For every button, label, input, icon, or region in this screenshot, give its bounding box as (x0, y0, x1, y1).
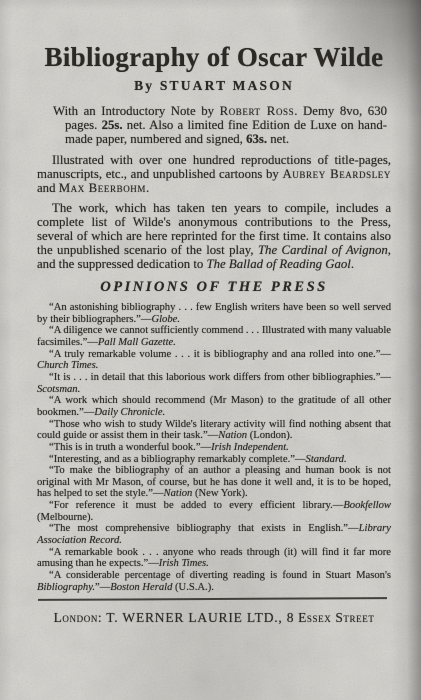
text-segment: “It is . . . in detail that this laborio… (49, 372, 391, 383)
press-quote: “The most comprehensive bibliography tha… (37, 523, 391, 546)
text-segment: The Cardinal of Avignon (258, 243, 388, 257)
page-content: Bibliography of Oscar Wilde By STUART MA… (0, 0, 421, 626)
text-segment: Max Beerbohm (59, 181, 146, 195)
page-title: Bibliography of Oscar Wilde (37, 42, 391, 72)
text-segment: (London). (247, 430, 292, 441)
text-segment: “This is in truth a wonderful book.”— (49, 442, 211, 453)
text-segment: net. (267, 132, 289, 146)
press-quote: “A truly remarkable volume . . . it is b… (37, 349, 391, 372)
text-segment: Bookfellow (343, 500, 391, 511)
press-quote: “An astonishing bibliography . . . few E… (37, 302, 391, 325)
text-segment: Bibliography. (37, 582, 95, 593)
text-segment: T. WERNER LAURIE LTD., (106, 610, 287, 625)
text-segment: “An astonishing bibliography . . . few E… (37, 302, 391, 325)
text-segment: . (146, 181, 149, 195)
work-description: The work, which has taken ten years to c… (37, 202, 391, 272)
press-quote: “A considerable percentage of diverting … (37, 570, 391, 593)
text-segment: Pall Mall Gazette. (98, 337, 176, 348)
text-segment: Nation (218, 430, 247, 441)
text-segment: Church Times. (37, 360, 98, 371)
text-segment: ”— (95, 582, 110, 593)
press-quote: “A work which should recommend (Mr Mason… (37, 395, 391, 418)
text-segment: Irish Times. (159, 558, 209, 569)
publisher-imprint: London: T. WERNER LAURIE LTD., 8 Essex S… (37, 609, 391, 626)
text-segment: Robert Ross (220, 104, 295, 118)
illustration-note: Illustrated with over one hundred reprod… (37, 154, 391, 196)
text-segment: “A considerable percentage of diverting … (49, 570, 391, 581)
press-quote: “Those who wish to study Wilde's literar… (37, 419, 391, 442)
text-segment: “A remarkable book . . . anyone who read… (37, 547, 391, 570)
opinions-heading: OPINIONS OF THE PRESS (37, 279, 391, 296)
text-segment: Scotsman. (37, 384, 80, 395)
imprint-rule (38, 597, 387, 601)
text-segment: Irish Independent. (211, 442, 289, 453)
text-segment: London: (54, 610, 107, 625)
text-segment: “For reference it must be added to every… (49, 500, 343, 511)
press-quote: “This is in truth a wonderful book.”—Iri… (37, 442, 391, 454)
press-quote: “It is . . . in detail that this laborio… (37, 372, 391, 395)
edition-note: With an Introductory Note by Robert Ross… (65, 105, 387, 147)
text-segment: Nation (164, 488, 193, 499)
text-segment: “Interesting, and as a bibliography rema… (49, 454, 306, 465)
press-quote: “A remarkable book . . . anyone who read… (37, 547, 391, 570)
text-segment: “Those who wish to study Wilde's literar… (37, 419, 391, 442)
byline: By STUART MASON (37, 77, 391, 94)
text-segment: . (351, 257, 354, 271)
text-segment: “The most comprehensive bibliography tha… (49, 523, 359, 534)
text-segment: With an Introductory Note by (53, 104, 220, 118)
press-quote: “Interesting, and as a bibliography rema… (37, 454, 391, 466)
text-segment: (Melbourne). (37, 512, 93, 523)
text-segment: 63s. (246, 132, 267, 146)
text-segment: “A work which should recommend (Mr Mason… (37, 395, 391, 418)
scanned-book-page: Bibliography of Oscar Wilde By STUART MA… (0, 0, 421, 700)
text-segment: Daily Chronicle. (94, 407, 165, 418)
text-segment: 8 Essex Street (287, 610, 375, 625)
text-segment: “A diligence we cannot sufficiently comm… (37, 325, 391, 348)
text-segment: and (37, 181, 59, 195)
press-quote: “To make the bibliography of an author a… (37, 465, 391, 500)
text-segment: “A truly remarkable volume . . . it is b… (49, 349, 391, 360)
text-segment: Standard. (306, 454, 347, 465)
text-segment: 25s. (102, 118, 123, 132)
text-segment: Boston Herald (110, 582, 172, 593)
press-quote: “For reference it must be added to every… (37, 500, 391, 523)
press-quotes: “An astonishing bibliography . . . few E… (37, 302, 391, 593)
text-segment: (U.S.A.). (172, 582, 214, 593)
text-segment: (New York). (192, 488, 247, 499)
text-segment: Aubrey Beardsley (282, 167, 391, 181)
text-segment: The Ballad of Reading Gaol (207, 257, 351, 271)
text-segment: Globe. (151, 314, 180, 325)
press-quote: “A diligence we cannot sufficiently comm… (37, 325, 391, 348)
